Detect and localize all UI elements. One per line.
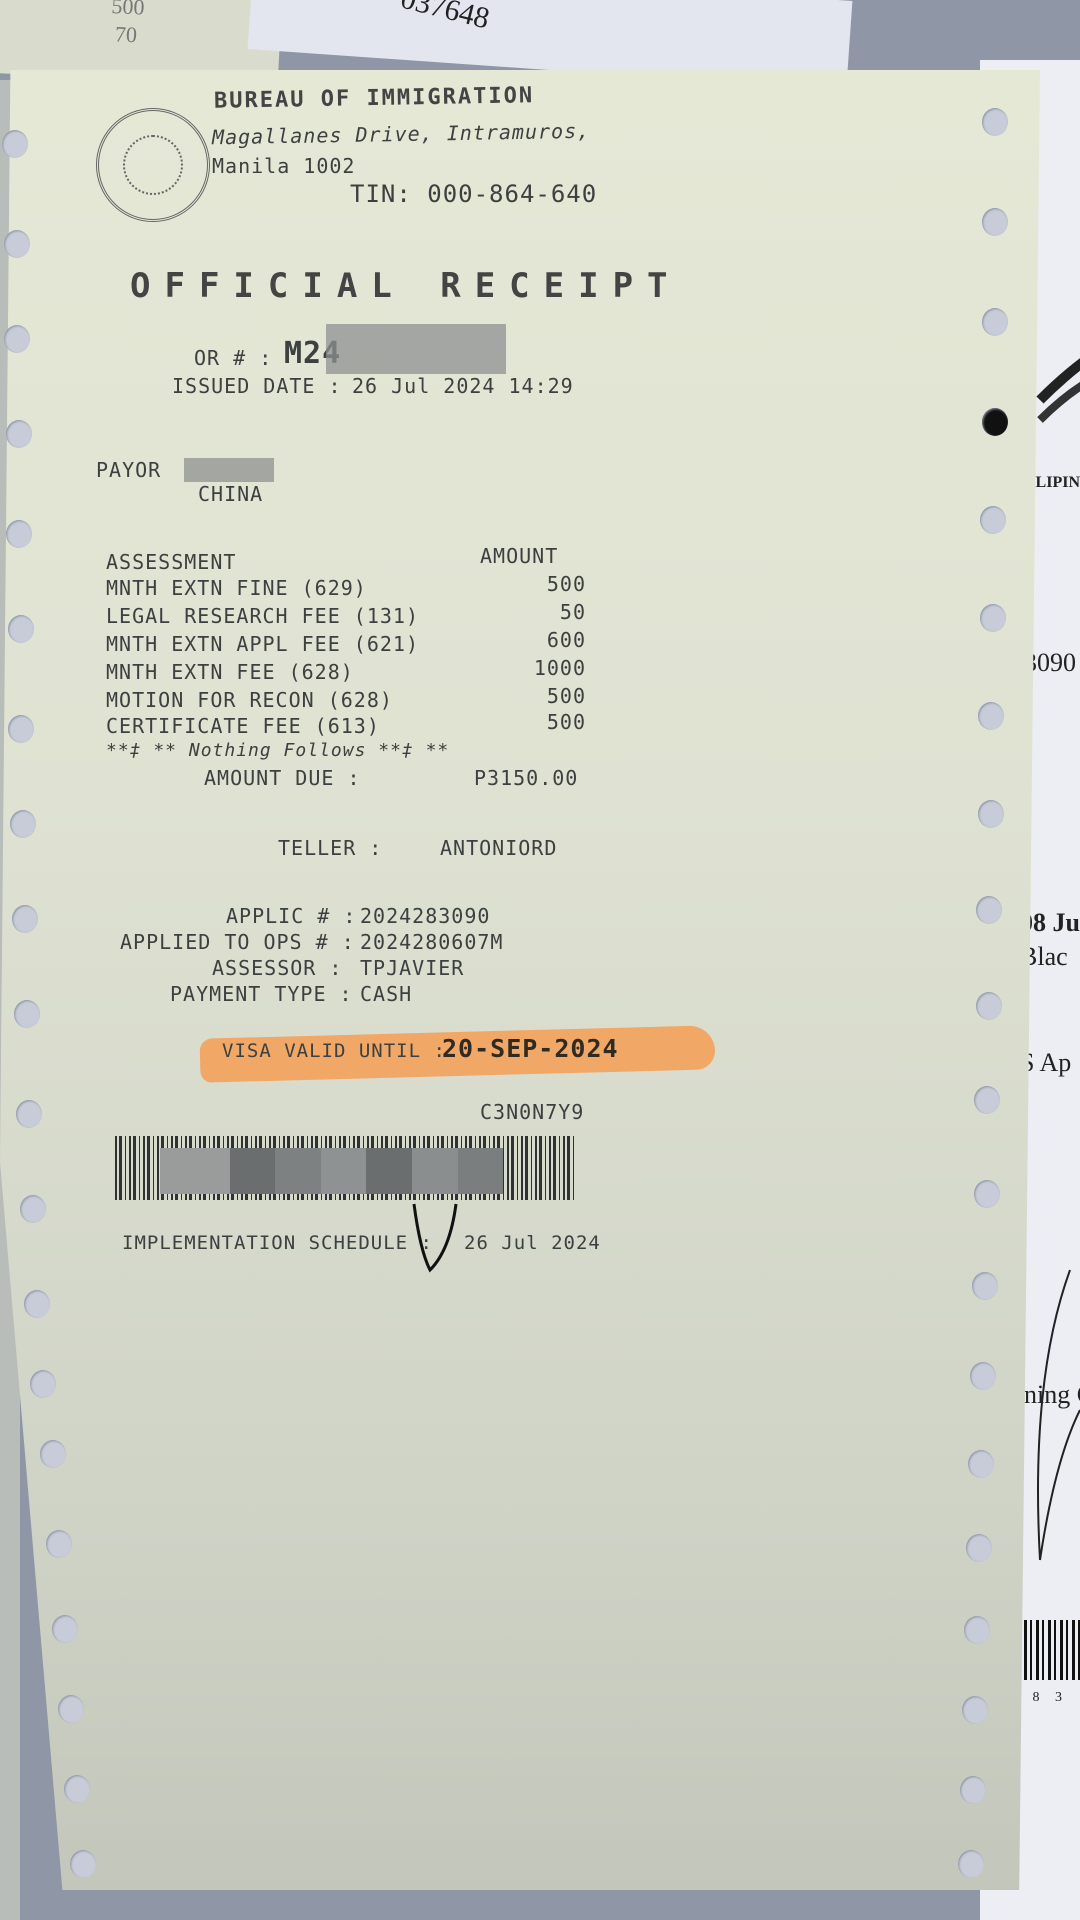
sprocket-hole (6, 520, 32, 548)
sprocket-hole (978, 702, 1004, 730)
redaction (326, 324, 506, 374)
line-item-amount: 600 (486, 628, 586, 652)
sprocket-hole (30, 1370, 56, 1398)
redaction (321, 1148, 366, 1194)
assessor-label: ASSESSOR : (212, 956, 342, 980)
sprocket-hole (976, 992, 1002, 1020)
ops-value: 2024280607M (360, 930, 503, 954)
assessor-value: TPJAVIER (360, 956, 464, 980)
sprocket-hole (966, 1534, 992, 1562)
line-item-desc: MOTION FOR RECON (628) (106, 688, 393, 712)
sprocket-hole (6, 420, 32, 448)
redaction (366, 1148, 412, 1194)
sprocket-hole (46, 1530, 72, 1558)
sprocket-hole (980, 604, 1006, 632)
implementation-label: IMPLEMENTATION SCHEDULE : (122, 1232, 433, 1254)
sprocket-hole (8, 715, 34, 743)
payment-type-label: PAYMENT TYPE : (170, 982, 353, 1006)
sprocket-hole (960, 1776, 986, 1804)
sprocket-hole (64, 1775, 90, 1803)
sprocket-hole (2, 130, 28, 158)
assessment-header: ASSESSMENT (106, 550, 236, 574)
logo-icon (1030, 330, 1080, 440)
redaction (160, 1148, 230, 1194)
redaction (184, 458, 274, 482)
redaction (275, 1148, 321, 1194)
sprocket-hole (972, 1272, 998, 1300)
sprocket-hole (968, 1450, 994, 1478)
visa-valid-label: VISA VALID UNTIL : (222, 1040, 446, 1062)
issued-date-value: 26 Jul 2024 14:29 (352, 374, 574, 398)
sprocket-hole (52, 1615, 78, 1643)
sprocket-hole (16, 1100, 42, 1128)
line-item-desc: LEGAL RESEARCH FEE (131) (106, 604, 419, 628)
sprocket-hole (982, 308, 1008, 336)
sprocket-hole (20, 1195, 46, 1223)
verification-code: C3N0N7Y9 (480, 1100, 584, 1124)
applic-label: APPLIC # : (226, 904, 356, 928)
line-item-amount: 500 (486, 684, 586, 708)
sprocket-hole (962, 1696, 988, 1724)
issued-date-label: ISSUED DATE : (172, 374, 342, 398)
payment-type-value: CASH (360, 982, 412, 1006)
ops-label: APPLIED TO OPS # : (120, 930, 355, 954)
sprocket-hole (970, 1362, 996, 1390)
receipt-title: OFFICIAL RECEIPT (130, 266, 682, 306)
amount-header: AMOUNT (480, 544, 558, 568)
sprocket-hole (4, 230, 30, 258)
sprocket-hole (980, 506, 1006, 534)
sprocket-hole (12, 905, 38, 933)
redaction (412, 1148, 458, 1194)
line-item-amount: 1000 (486, 656, 586, 680)
sprocket-hole (24, 1290, 50, 1318)
line-item-desc: MNTH EXTN FEE (628) (106, 660, 354, 684)
address-line-2: Manila 1002 (212, 154, 355, 178)
sprocket-hole (976, 896, 1002, 924)
sprocket-hole (958, 1850, 984, 1878)
line-item-amount: 50 (486, 600, 586, 624)
line-item-desc: CERTIFICATE FEE (613) (106, 714, 380, 738)
sprocket-hole (982, 108, 1008, 136)
line-item-amount: 500 (486, 572, 586, 596)
redaction (230, 1148, 275, 1194)
teller-value: ANTONIORD (440, 836, 557, 860)
sprocket-hole (974, 1180, 1000, 1208)
sprocket-hole (10, 810, 36, 838)
payor-country: CHINA (198, 482, 263, 506)
sprocket-hole (40, 1440, 66, 1468)
tin: TIN: 000-864-640 (350, 180, 597, 208)
amount-due-value: P3150.00 (474, 766, 578, 790)
sprocket-hole (70, 1850, 96, 1878)
line-item-amount: 500 (486, 710, 586, 734)
amount-due-label: AMOUNT DUE : (204, 766, 361, 790)
payor-label: PAYOR (96, 458, 161, 482)
sprocket-hole (982, 408, 1008, 436)
bg-value: 500 (111, 0, 145, 21)
sprocket-hole (58, 1695, 84, 1723)
sprocket-hole (964, 1616, 990, 1644)
bureau-seal-icon (96, 108, 210, 222)
redaction (458, 1148, 503, 1194)
sprocket-hole (978, 800, 1004, 828)
sprocket-hole (974, 1086, 1000, 1114)
nothing-follows: **‡ ** Nothing Follows **‡ ** (106, 740, 449, 761)
sprocket-hole (14, 1000, 40, 1028)
bg-value: 70 (114, 21, 137, 48)
sprocket-hole (8, 615, 34, 643)
or-label: OR # : (194, 346, 272, 370)
official-receipt (0, 70, 1040, 1890)
sprocket-hole (982, 208, 1008, 236)
visa-valid-date: 20-SEP-2024 (442, 1034, 619, 1063)
line-item-desc: MNTH EXTN FINE (629) (106, 576, 367, 600)
implementation-date: 26 Jul 2024 (464, 1232, 601, 1254)
applic-value: 2024283090 (360, 904, 490, 928)
teller-label: TELLER : (278, 836, 382, 860)
sprocket-hole (4, 325, 30, 353)
line-item-desc: MNTH EXTN APPL FEE (621) (106, 632, 419, 656)
